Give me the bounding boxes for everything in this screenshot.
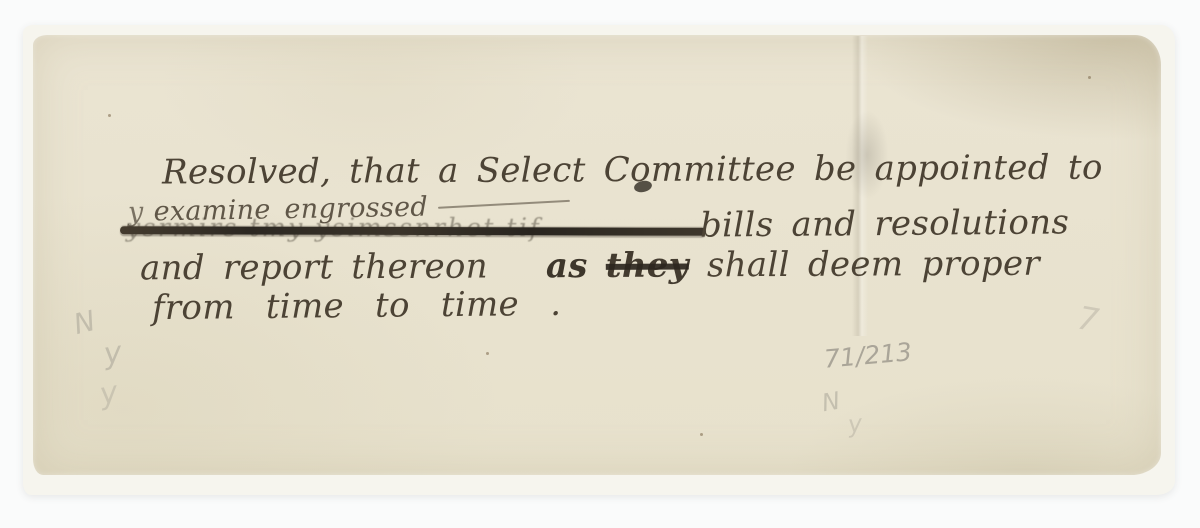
line-3-part3: shall deem proper — [707, 244, 1040, 286]
paper-speck-2 — [486, 352, 489, 355]
paper-speck-4 — [1088, 76, 1091, 79]
strikethrough-bar — [120, 226, 706, 236]
handwriting-line-3: and report thereonas they shall deem pro… — [140, 244, 1040, 289]
line-3-part1: and report thereon — [140, 247, 488, 289]
handwriting-line-2-continuation: bills and resolutions — [700, 202, 1069, 245]
paper-speck-3 — [700, 433, 703, 436]
paper-speck-1 — [108, 114, 111, 117]
pencil-mark-5: y — [847, 409, 864, 438]
pen-flourish — [438, 200, 570, 209]
scan-background: Resolved, that a Select Committee be app… — [0, 0, 1200, 528]
struck-word: they — [606, 245, 689, 285]
handwriting-line-4: from time to time . — [152, 284, 562, 328]
line-3-part2: as — [546, 246, 588, 286]
handwriting-line-1: Resolved, that a Select Committee be app… — [162, 148, 1103, 193]
